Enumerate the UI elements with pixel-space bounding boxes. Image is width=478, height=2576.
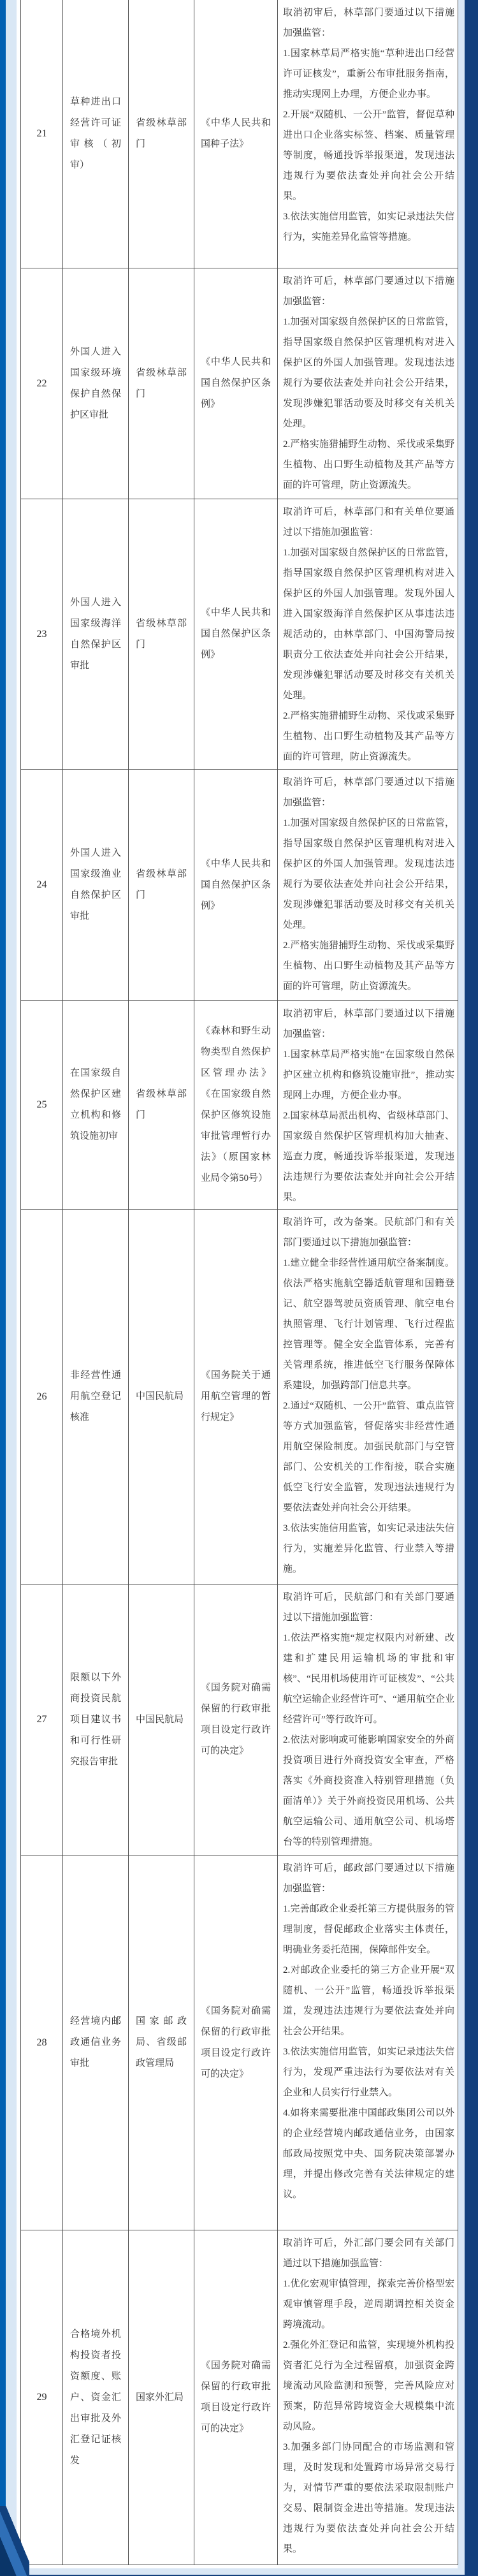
item-name-cell: 草种进出口经营许可证审核（初审） [63, 0, 129, 268]
department-cell: 中国民航局 [129, 1584, 194, 1855]
table-row: 21 草种进出口经营许可证审核（初审） 省级林草部门 《中华人民共和国种子法》 … [21, 0, 458, 268]
regulation-measures: 取消许可后，邮政部门要通过以下措施加强监管：1.完善邮政企业委托第三方提供服务的… [278, 1855, 458, 2230]
item-name: 在国家级自然保护区建立机构和修筑设施初审 [70, 1063, 121, 1147]
row-number: 28 [21, 1855, 63, 2230]
department: 省级林草部门 [136, 864, 187, 906]
department: 省级林草部门 [136, 363, 187, 405]
regulation-measures: 取消许可后，林草部门要通过以下措施加强监管：1.加强对国家级自然保护区的日常监管… [278, 268, 458, 499]
item-name-cell: 合格境外机构投资者投资额度、账户、资金汇出审批及外汇登记证核发 [63, 2230, 129, 2565]
legal-basis-cell: 《国务院关于通用航空管理的暂行规定》 [194, 1210, 278, 1584]
legal-basis-cell: 《中华人民共和国种子法》 [194, 0, 278, 268]
department: 国家邮政局、省级邮政管理局 [136, 2011, 187, 2074]
department: 中国民航局 [136, 1709, 187, 1731]
row-number: 22 [21, 268, 63, 499]
regulation-measures: 取消初审后，林草部门要通过以下措施加强监管：1.国家林草局严格实施“在国家级自然… [278, 1001, 458, 1210]
table-row: 22 外国人进入国家级环境保护自然保护区审批 省级林草部门 《中华人民共和国自然… [21, 268, 458, 499]
cancelled-approval-items-table: 21 草种进出口经营许可证审核（初审） 省级林草部门 《中华人民共和国种子法》 … [20, 0, 459, 2565]
row-number: 25 [21, 1001, 63, 1210]
department-cell: 中国民航局 [129, 1210, 194, 1584]
item-name: 合格境外机构投资者投资额度、账户、资金汇出审批及外汇登记证核发 [70, 2324, 121, 2471]
regulation-measures: 取消许可，改为备案。民航部门和有关部门要通过以下措施加强监管：1.建立健全非经营… [278, 1210, 458, 1584]
item-name: 外国人进入国家级海洋自然保护区审批 [70, 592, 121, 677]
legal-basis: 《森林和野生动物类型自然保护区管理办法》《在国家级自然保护区修筑设施审批管理暂行… [201, 1021, 271, 1189]
department-cell: 国家外汇局 [129, 2230, 194, 2565]
legal-basis-cell: 《中华人民共和国自然保护区条例》 [194, 268, 278, 499]
department: 国家外汇局 [136, 2387, 187, 2408]
legal-basis-cell: 《中华人民共和国自然保护区条例》 [194, 770, 278, 1001]
regulation-measures: 取消初审后，林草部门要通过以下措施加强监管：1.国家林草局严格实施“草种进出口经… [278, 0, 458, 268]
item-name: 经营境内邮政通信业务审批 [70, 2011, 121, 2074]
item-name-cell: 外国人进入国家级渔业自然保护区审批 [63, 770, 129, 1001]
content-area: 21 草种进出口经营许可证审核（初审） 省级林草部门 《中华人民共和国种子法》 … [17, 0, 458, 2568]
row-number: 23 [21, 499, 63, 770]
regulation-measures: 取消许可后，林草部门和有关单位要通过以下措施加强监管：1.加强对国家级自然保护区… [278, 499, 458, 770]
department-cell: 省级林草部门 [129, 770, 194, 1001]
legal-basis-cell: 《森林和野生动物类型自然保护区管理办法》《在国家级自然保护区修筑设施审批管理暂行… [194, 1001, 278, 1210]
table-row: 28 经营境内邮政通信业务审批 国家邮政局、省级邮政管理局 《国务院对确需保留的… [21, 1855, 458, 2230]
regulation-measures: 取消许可后，民航部门和有关部门要通过以下措施加强监管：1.依法严格实施“规定权限… [278, 1584, 458, 1855]
department: 省级林草部门 [136, 1084, 187, 1126]
legal-basis-cell: 《中华人民共和国自然保护区条例》 [194, 499, 278, 770]
row-number: 27 [21, 1584, 63, 1855]
row-number: 21 [21, 0, 63, 268]
legal-basis: 《国务院对确需保留的行政审批项目设定行政许可的决定》 [201, 1678, 271, 1762]
document-page: 21 草种进出口经营许可证审核（初审） 省级林草部门 《中华人民共和国种子法》 … [0, 0, 478, 2576]
item-name-cell: 经营境内邮政通信业务审批 [63, 1855, 129, 2230]
table-row: 27 限额以下外商投资民航项目建议书和可行性研究报告审批 中国民航局 《国务院对… [21, 1584, 458, 1855]
legal-basis: 《中华人民共和国自然保护区条例》 [201, 603, 271, 666]
legal-basis-cell: 《国务院对确需保留的行政审批项目设定行政许可的决定》 [194, 1855, 278, 2230]
regulation-measures: 取消许可后，林草部门要通过以下措施加强监管：1.加强对国家级自然保护区的日常监管… [278, 770, 458, 1001]
left-edge-strip [0, 0, 6, 2576]
department-cell: 省级林草部门 [129, 499, 194, 770]
row-number: 24 [21, 770, 63, 1001]
legal-basis: 《中华人民共和国自然保护区条例》 [201, 854, 271, 917]
department: 省级林草部门 [136, 613, 187, 655]
legal-basis-cell: 《国务院对确需保留的行政审批项目设定行政许可的决定》 [194, 2230, 278, 2565]
item-name: 非经营性通用航空登记核准 [70, 1365, 121, 1428]
department-cell: 省级林草部门 [129, 0, 194, 268]
row-number: 26 [21, 1210, 63, 1584]
legal-basis: 《中华人民共和国种子法》 [201, 113, 271, 155]
regulation-measures: 取消许可后，外汇部门要会同有关部门通过以下措施加强监管：1.优化宏观审慎管理，探… [278, 2230, 458, 2565]
department: 中国民航局 [136, 1386, 187, 1407]
legal-basis: 《国务院对确需保留的行政审批项目设定行政许可的决定》 [201, 2001, 271, 2085]
table-row: 26 非经营性通用航空登记核准 中国民航局 《国务院关于通用航空管理的暂行规定》… [21, 1210, 458, 1584]
legal-basis: 《国务院对确需保留的行政审批项目设定行政许可的决定》 [201, 2355, 271, 2440]
department-cell: 省级林草部门 [129, 1001, 194, 1210]
bottom-left-corner-decoration [0, 2506, 29, 2576]
item-name-cell: 限额以下外商投资民航项目建议书和可行性研究报告审批 [63, 1584, 129, 1855]
table-row: 25 在国家级自然保护区建立机构和修筑设施初审 省级林草部门 《森林和野生动物类… [21, 1001, 458, 1210]
item-name-cell: 在国家级自然保护区建立机构和修筑设施初审 [63, 1001, 129, 1210]
item-name: 限额以下外商投资民航项目建议书和可行性研究报告审批 [70, 1667, 121, 1773]
item-name-cell: 外国人进入国家级海洋自然保护区审批 [63, 499, 129, 770]
item-name: 草种进出口经营许可证审核（初审） [70, 92, 121, 176]
legal-basis: 《国务院关于通用航空管理的暂行规定》 [201, 1365, 271, 1428]
table-row: 24 外国人进入国家级渔业自然保护区审批 省级林草部门 《中华人民共和国自然保护… [21, 770, 458, 1001]
legal-basis-cell: 《国务院对确需保留的行政审批项目设定行政许可的决定》 [194, 1584, 278, 1855]
table-row: 23 外国人进入国家级海洋自然保护区审批 省级林草部门 《中华人民共和国自然保护… [21, 499, 458, 770]
legal-basis: 《中华人民共和国自然保护区条例》 [201, 352, 271, 415]
item-name-cell: 外国人进入国家级环境保护自然保护区审批 [63, 268, 129, 499]
item-name: 外国人进入国家级环境保护自然保护区审批 [70, 342, 121, 426]
department-cell: 国家邮政局、省级邮政管理局 [129, 1855, 194, 2230]
light-blue-frame: 21 草种进出口经营许可证审核（初审） 省级林草部门 《中华人民共和国种子法》 … [6, 0, 465, 2575]
item-name-cell: 非经营性通用航空登记核准 [63, 1210, 129, 1584]
department-cell: 省级林草部门 [129, 268, 194, 499]
item-name: 外国人进入国家级渔业自然保护区审批 [70, 843, 121, 927]
department: 省级林草部门 [136, 113, 187, 155]
table-row: 29 合格境外机构投资者投资额度、账户、资金汇出审批及外汇登记证核发 国家外汇局… [21, 2230, 458, 2565]
